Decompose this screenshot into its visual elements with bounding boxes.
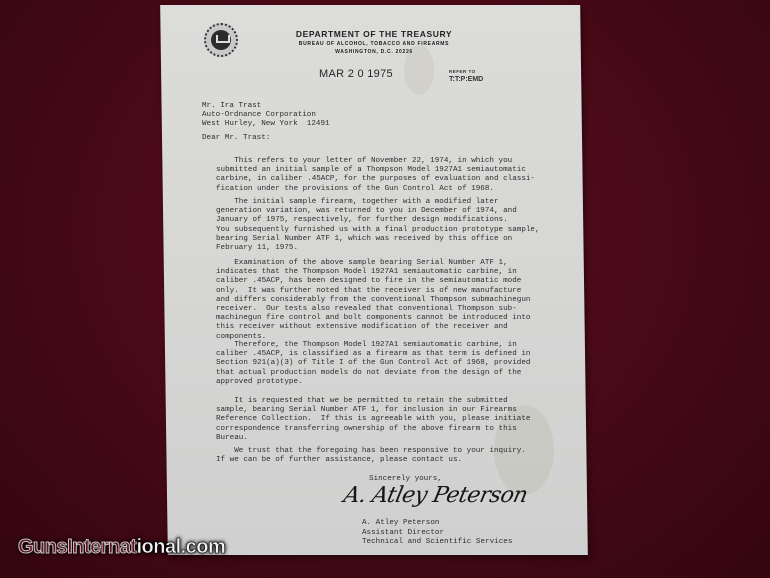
letter-page: DEPARTMENT OF THE TREASURY BUREAU OF ALC…: [160, 5, 588, 555]
treasury-seal-icon: [204, 23, 238, 57]
site-watermark: GunsInternational.com: [18, 536, 225, 559]
watermark-part1: GunsInternat: [18, 536, 136, 558]
paragraph: This refers to your letter of November 2…: [216, 157, 535, 194]
date-stamp: MAR 2 0 1975: [319, 68, 393, 80]
letterhead-address: WASHINGTON, D.C. 20226: [264, 49, 484, 55]
signature-block: A. Atley Peterson Assistant Director Tec…: [362, 519, 512, 548]
letterhead-bureau: BUREAU OF ALCOHOL, TOBACCO AND FIREARMS: [264, 41, 484, 47]
refer-to-code: T:T:P:EMD: [449, 76, 483, 83]
paragraph: It is requested that we be permitted to …: [216, 397, 530, 443]
refer-to-label: REFER TO: [449, 69, 483, 74]
paragraph: Examination of the above sample bearing …: [216, 259, 530, 342]
refer-to: REFER TO T:T:P:EMD: [449, 69, 483, 83]
paragraph: Therefore, the Thompson Model 1927A1 sem…: [216, 341, 530, 387]
signer-name: A. Atley Peterson: [362, 519, 439, 527]
letterhead-department: DEPARTMENT OF THE TREASURY: [264, 29, 484, 39]
signer-division: Technical and Scientific Services: [362, 538, 512, 546]
letterhead: DEPARTMENT OF THE TREASURY BUREAU OF ALC…: [264, 29, 484, 55]
watermark-part2: ional.com: [136, 536, 225, 558]
salutation: Dear Mr. Trast:: [202, 134, 270, 143]
paragraph: The initial sample firearm, together wit…: [216, 198, 540, 253]
handwritten-signature: A. Atley Peterson: [341, 483, 529, 508]
signer-title: Assistant Director: [362, 529, 444, 537]
recipient-address: Mr. Ira Trast Auto-Ordnance Corporation …: [202, 102, 330, 130]
paragraph: We trust that the foregoing has been res…: [216, 447, 526, 465]
